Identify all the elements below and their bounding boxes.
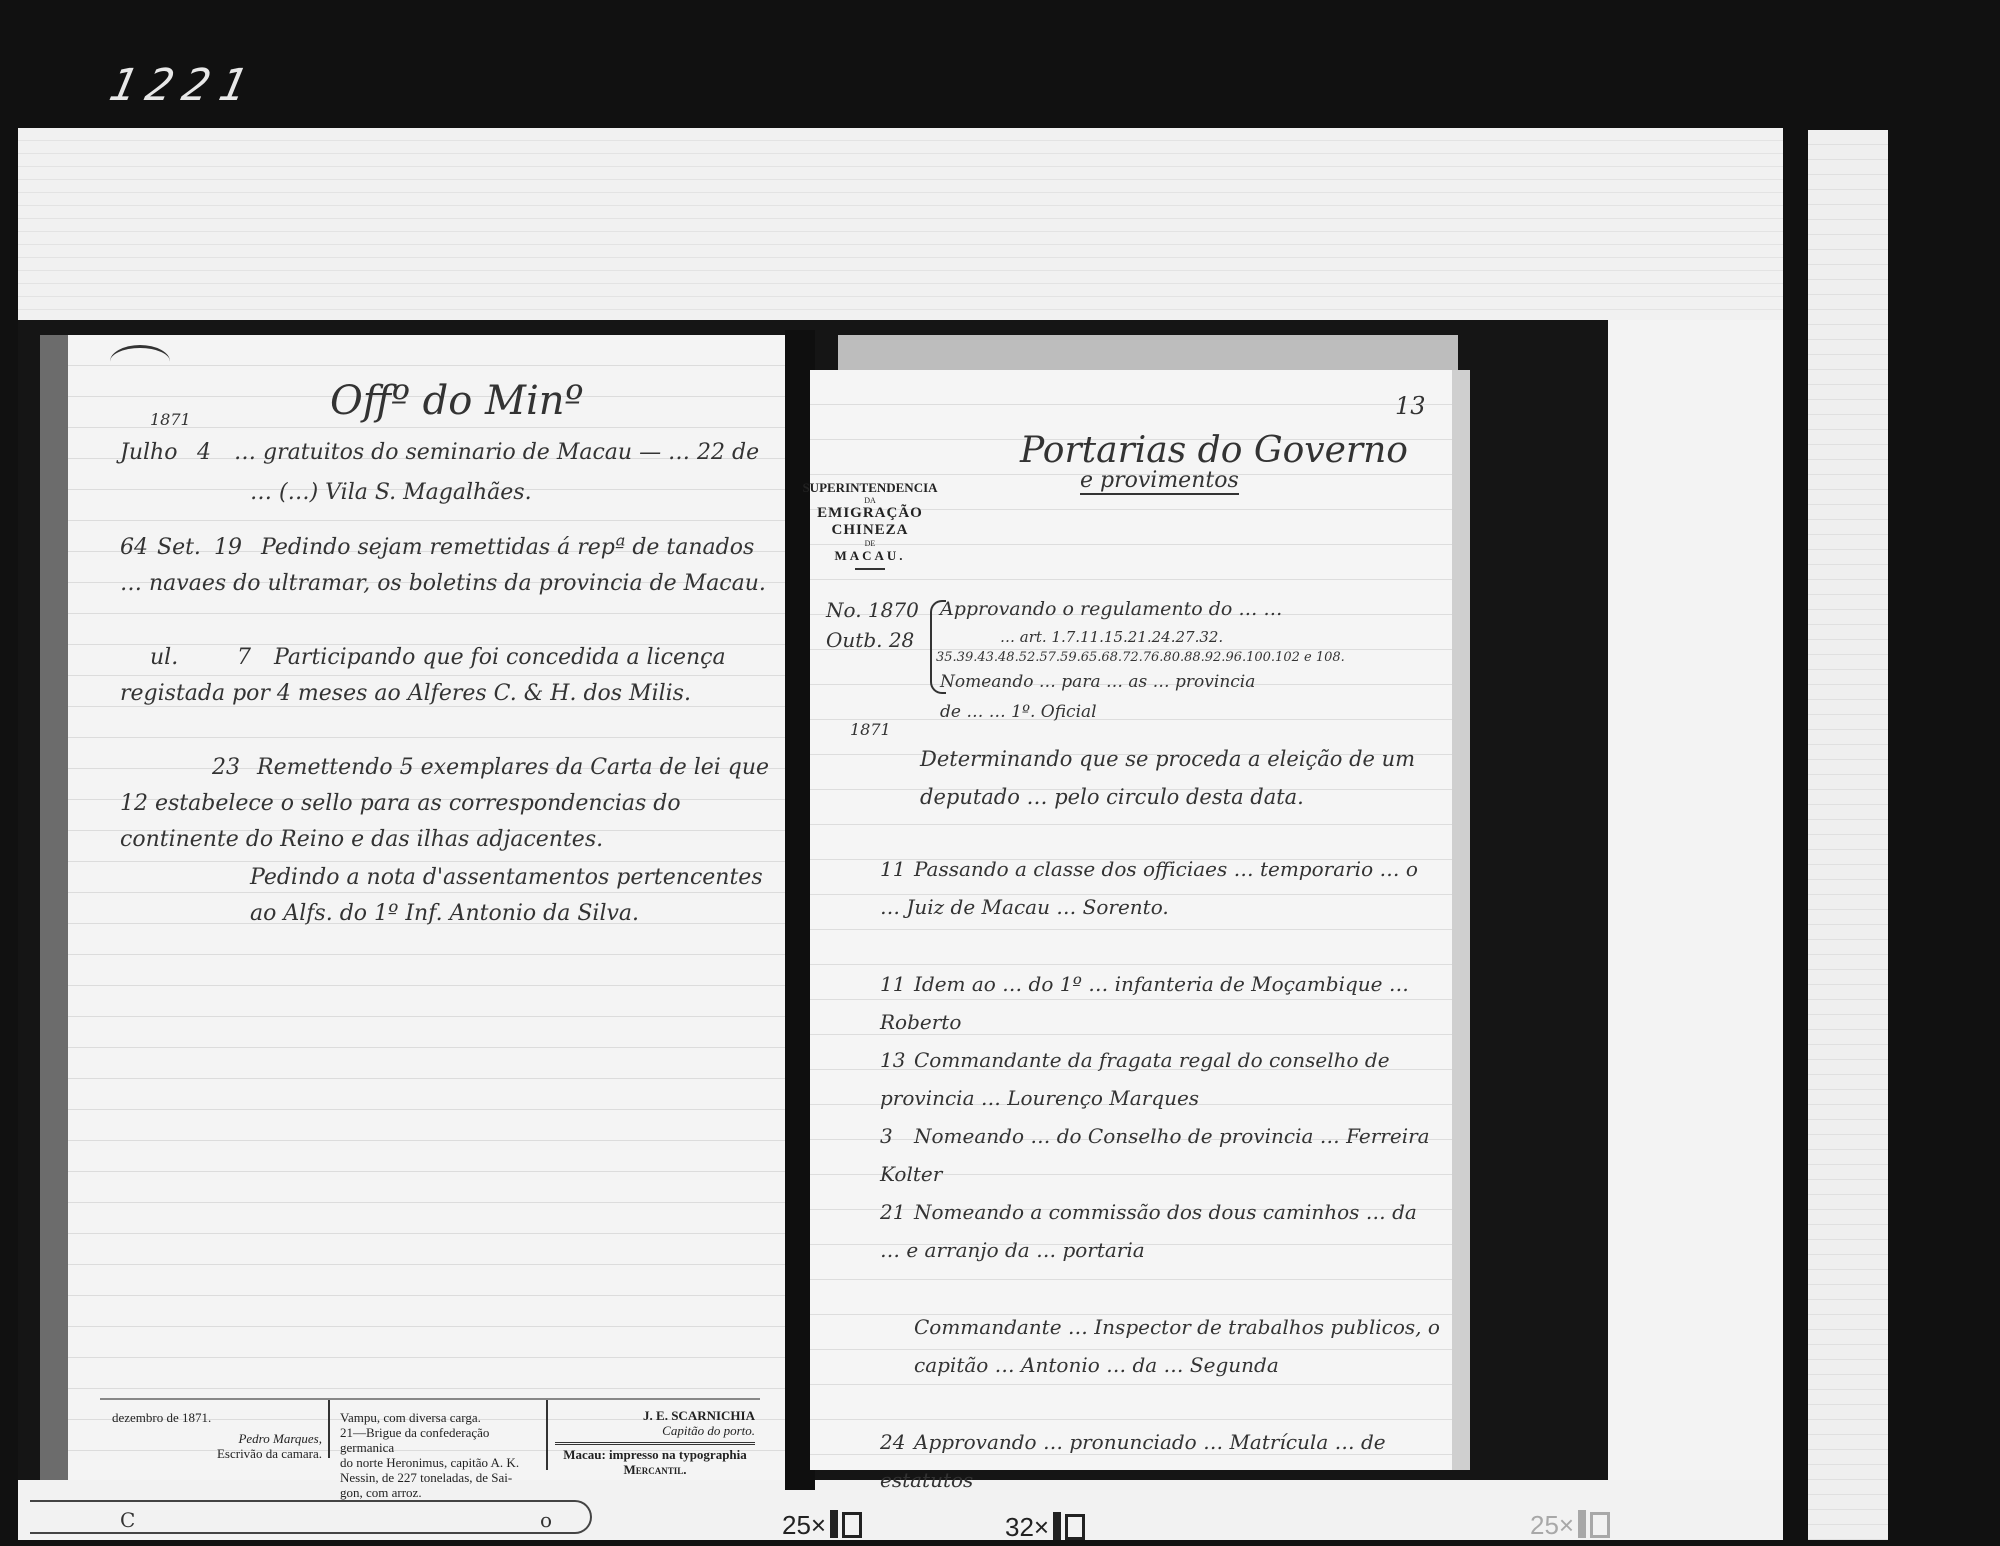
right-page-subheading: e provimentos [1080, 468, 1239, 495]
right-paper-strip [1808, 130, 1888, 1540]
right-entries: Approvando o regulamento do … … … art. 1… [880, 598, 1440, 1499]
scale-mark-faint: 25× [1530, 1510, 1610, 1541]
right-page-top-edge [838, 335, 1458, 375]
superintendencia-stamp: SUPERINTENDENCIA DA EMIGRAÇÃO CHINEZA DE… [795, 480, 945, 570]
left-page-heading: Offº do Minº [330, 378, 583, 424]
left-entry: ul. 7 Participando que foi concedida a l… [120, 640, 770, 750]
left-entry: 23 Remettendo 5 exemplares da Carta de l… [120, 750, 770, 860]
frame-number: 1221 [105, 60, 262, 111]
right-entry: 21Nomeando a commissão dos dous caminhos… [880, 1193, 1440, 1308]
film-ruler [30, 1500, 592, 1534]
left-entry: Julho 4 … gratuitos do seminario de Maca… [120, 440, 770, 480]
right-entry: 13Commandante da fragata regal do consel… [880, 1041, 1440, 1117]
left-entry: 64 Set. 19 Pedindo sejam remettidas á re… [120, 530, 770, 640]
right-circle-mark: o [540, 1508, 552, 1532]
right-entry: Nomeando … para … as … provincia [880, 672, 1440, 702]
seal-mark [110, 345, 170, 378]
right-entry: … art. 1.7.11.15.21.24.27.32. [880, 628, 1440, 650]
footer-col-3: J. E. SCARNICHIA Capitão do porto. Macau… [555, 1408, 755, 1477]
left-entry: Pedindo a nota d'assentamentos pertencen… [120, 860, 770, 932]
right-entry: 11Passando a classe dos officiaes … temp… [880, 850, 1440, 965]
top-paper-band [18, 128, 1783, 320]
right-entry: Approvando o regulamento do … … [880, 598, 1440, 628]
footer-divider [328, 1400, 330, 1458]
scale-mark-25: 25× [782, 1510, 862, 1541]
right-entry: 24Approvando … pronunciado … Matrícula …… [880, 1423, 1440, 1499]
right-entry: Determinando que se proceda a eleição de… [880, 740, 1440, 850]
left-page-year: 1871 [150, 410, 191, 429]
page-number: 13 [1395, 392, 1426, 420]
right-entry: 11Idem ao … do 1º … infanteria de Moçamb… [880, 965, 1440, 1041]
left-circle-mark: C [120, 1508, 135, 1532]
footer-col-2: Vampu, com diversa carga. 21—Brigue da c… [340, 1410, 540, 1500]
left-entries: Julho 4 … gratuitos do seminario de Maca… [120, 440, 770, 932]
right-page-heading: Portarias do Governo [1020, 430, 1408, 471]
footer-rule [100, 1398, 760, 1400]
right-entry: de … … 1º. Oficial [880, 702, 1440, 740]
left-entry: … (…) Vila S. Magalhães. [120, 480, 770, 530]
right-entry: 3Nomeando … do Conselho de provincia … F… [880, 1117, 1440, 1193]
right-entry: Commandante … Inspector de trabalhos pub… [880, 1308, 1440, 1423]
footer-divider [546, 1400, 548, 1470]
footer-col-1: dezembro de 1871. Pedro Marques, Escrivã… [112, 1410, 322, 1461]
right-paper-area [1600, 320, 1783, 1540]
scale-mark-32: 32× [1005, 1512, 1085, 1543]
right-entry: 35.39.43.48.52.57.59.65.68.72.76.80.88.9… [880, 650, 1440, 672]
